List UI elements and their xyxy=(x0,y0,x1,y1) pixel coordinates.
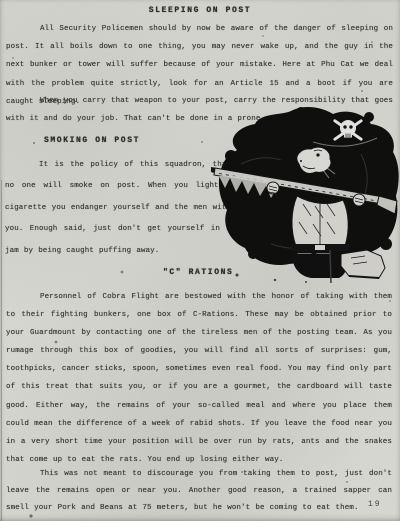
sling-strap xyxy=(330,250,331,283)
legs-and-boot xyxy=(293,250,385,283)
scan-edge-artifact xyxy=(1,180,2,521)
heading-smoking-on-post: SMOKING ON POST xyxy=(44,136,140,145)
paragraph-smoking: It is the policy of this squadron, that … xyxy=(5,155,231,262)
paragraph-rations-2: This was not meant to discourage you fro… xyxy=(6,466,392,518)
heading-c-rations: "C" RATIONS xyxy=(163,268,233,277)
scanned-document-page: SLEEPING ON POST All Security Policemen … xyxy=(0,0,400,521)
ink-specks xyxy=(236,274,308,284)
heading-sleeping-on-post: SLEEPING ON POST xyxy=(149,6,251,15)
illustration-svg xyxy=(211,104,400,285)
paragraph-rations-1: Personnel of Cobra Flight are bestowed w… xyxy=(6,288,392,469)
cartoon-illustration xyxy=(211,104,400,285)
page-number: 19 xyxy=(368,500,382,509)
photocopy-specks xyxy=(0,0,2,2)
